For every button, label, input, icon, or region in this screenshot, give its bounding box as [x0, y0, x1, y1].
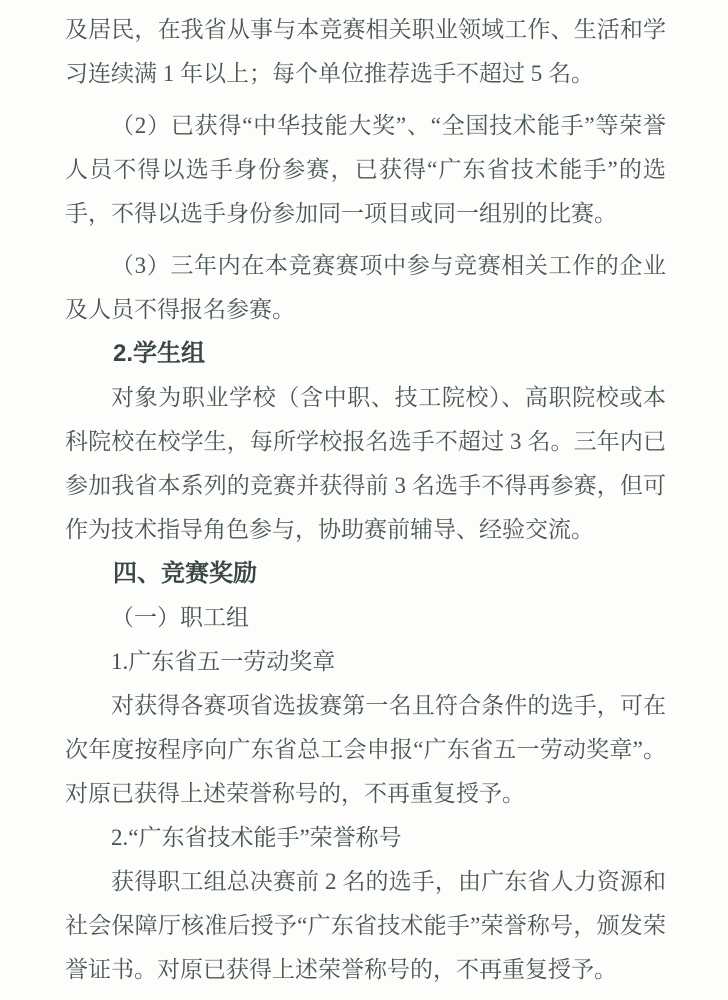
subheading-worker-group: （一）职工组 — [65, 596, 666, 640]
subheading-may-first-labor-medal: 1.广东省五一劳动奖章 — [65, 640, 666, 684]
paragraph-may-first-labor-medal-detail: 对获得各赛项省选拔赛第一名且符合条件的选手，可在次年度按程序向广东省总工会申报“… — [65, 684, 666, 816]
paragraph-student-eligibility: 对象为职业学校（含中职、技工院校）、高职院校或本科院校在校学生，每所学校报名选手… — [65, 376, 666, 552]
paragraph-rule-2-honor-holders: （2）已获得“中华技能大奖”、“全国技术能手”等荣誉人员不得以选手身份参赛，已获… — [65, 104, 666, 236]
document-page: 及居民，在我省从事与本竞赛相关职业领域工作、生活和学习连续满 1 年以上；每个单… — [0, 0, 728, 1000]
heading-section-4-competition-awards: 四、竞赛奖励 — [65, 552, 666, 596]
paragraph-rule-3-related-staff: （3）三年内在本竞赛赛项中参与竞赛相关工作的企业及人员不得报名参赛。 — [65, 244, 666, 332]
heading-student-group: 2.学生组 — [65, 332, 666, 376]
subheading-guangdong-technical-expert-title: 2.“广东省技术能手”荣誉称号 — [65, 816, 666, 860]
paragraph-worker-residency-requirement: 及居民，在我省从事与本竞赛相关职业领域工作、生活和学习连续满 1 年以上；每个单… — [65, 8, 666, 96]
paragraph-guangdong-technical-expert-detail: 获得职工组总决赛前 2 名的选手，由广东省人力资源和社会保障厅核准后授予“广东省… — [65, 860, 666, 992]
